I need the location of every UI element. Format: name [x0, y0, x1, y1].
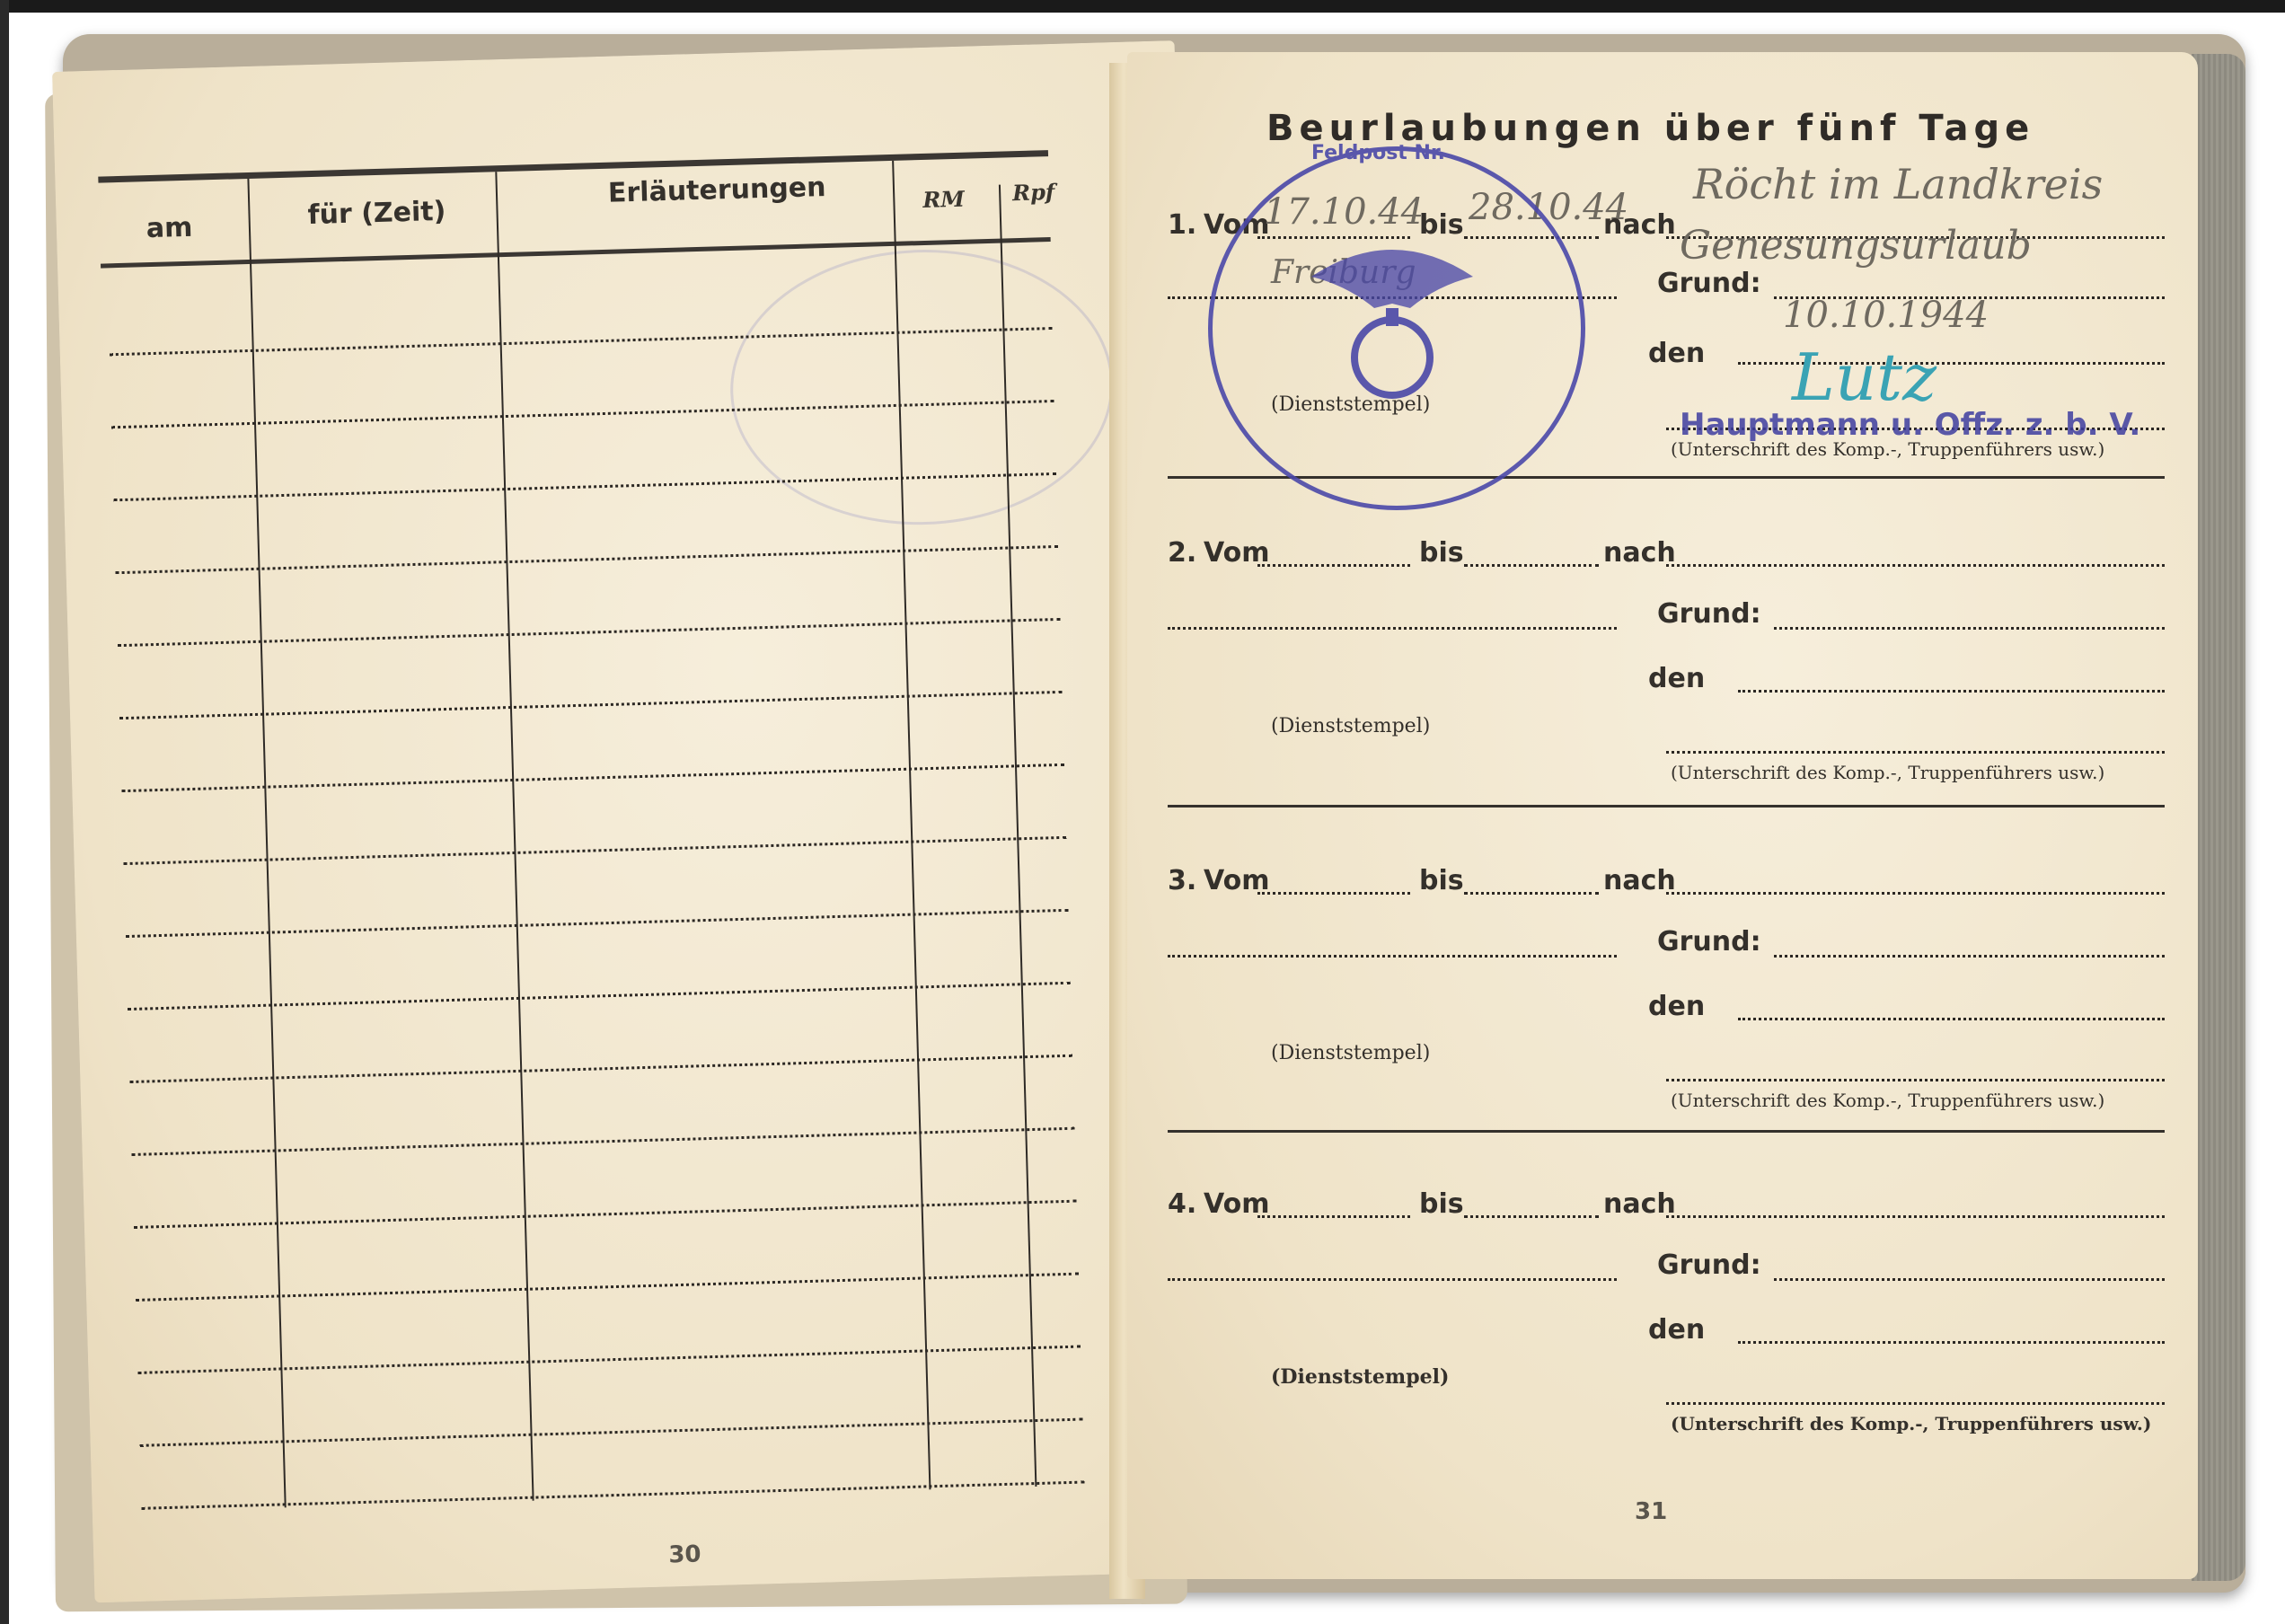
right-page: Beurlaubungen über fünf Tage 1. Vom 17.1…	[1127, 52, 2198, 1579]
bis-field[interactable]	[1464, 1215, 1599, 1218]
column-header-am: am	[146, 212, 192, 244]
page-number-right: 31	[1635, 1498, 1667, 1525]
entry-number: 4.	[1168, 1188, 1196, 1220]
bis-label: bis	[1419, 1188, 1464, 1220]
vom-field[interactable]	[1257, 892, 1410, 895]
signature-caption: (Unterschrift des Komp.-, Truppenführers…	[1671, 762, 2104, 783]
grund-label: Grund:	[1657, 926, 1761, 958]
stamp-top-text: Feldpost Nr.	[1311, 142, 1445, 164]
nach-label: nach	[1603, 209, 1676, 241]
signature-caption: (Unterschrift des Komp.-, Truppenführers…	[1671, 1090, 2104, 1111]
column-divider-am	[247, 179, 286, 1507]
grund-value: Genesungsurlaub	[1680, 223, 2032, 269]
den-field[interactable]	[1738, 690, 2165, 693]
grund-field[interactable]	[1774, 955, 2165, 958]
signature-field[interactable]	[1666, 1079, 2165, 1081]
column-divider-fuer	[495, 172, 534, 1500]
den-label: den	[1648, 338, 1705, 369]
bleed-through-stamp	[727, 244, 1116, 530]
column-header-rm: RM	[922, 186, 965, 213]
signature-value: Lutz	[1792, 340, 1937, 415]
section-separator	[1168, 1130, 2165, 1133]
grund-field[interactable]	[1774, 627, 2165, 630]
bis-field[interactable]	[1464, 892, 1599, 895]
den-value: 10.10.1944	[1783, 295, 1989, 336]
den-label: den	[1648, 663, 1705, 694]
grund-label: Grund:	[1657, 1249, 1761, 1281]
den-label: den	[1648, 1314, 1705, 1346]
scan-border-top	[0, 0, 2285, 13]
dienststempel-label: (Dienststempel)	[1271, 1365, 1449, 1389]
column-header-fuer-zeit: für (Zeit)	[307, 196, 446, 231]
nach-field[interactable]	[1666, 564, 2165, 567]
entry-number: 2.	[1168, 537, 1196, 569]
dienststempel-label: (Dienststempel)	[1271, 1042, 1430, 1064]
rank-stamp: Hauptmann u. Offz. z. b. V.	[1680, 407, 2140, 443]
vom-field[interactable]	[1257, 1215, 1410, 1218]
location-field[interactable]	[1168, 1278, 1617, 1281]
grund-field[interactable]	[1774, 1278, 2165, 1281]
nach-field[interactable]	[1666, 892, 2165, 895]
scan-border-left	[0, 0, 9, 1624]
den-field[interactable]	[1738, 1341, 2165, 1344]
official-stamp: Feldpost Nr.	[1208, 146, 1585, 510]
nach-label: nach	[1603, 537, 1676, 569]
dienststempel-label: (Dienststempel)	[1271, 715, 1430, 737]
booklet-cover-spine-edge	[2192, 54, 2245, 1581]
eagle-emblem-icon	[1302, 223, 1482, 411]
den-label: den	[1648, 991, 1705, 1022]
left-page: am für (Zeit) Erläuterungen RM Rpf 30	[52, 40, 1217, 1602]
page-number-left: 30	[668, 1540, 701, 1568]
column-header-erlaeuterungen: Erläuterungen	[608, 172, 826, 209]
entry-number: 1.	[1168, 209, 1196, 241]
signature-field[interactable]	[1666, 751, 2165, 754]
entry-number: 3.	[1168, 865, 1196, 896]
nach-label: nach	[1603, 865, 1676, 896]
bis-field[interactable]	[1464, 564, 1599, 567]
nach-label: nach	[1603, 1188, 1676, 1220]
signature-field[interactable]	[1666, 1402, 2165, 1405]
signature-caption: (Unterschrift des Komp.-, Truppenführers…	[1671, 1413, 2151, 1434]
location-field[interactable]	[1168, 627, 1617, 630]
section-separator	[1168, 805, 2165, 808]
nach-value: Röcht im Landkreis	[1693, 160, 2103, 208]
den-field[interactable]	[1738, 1018, 2165, 1020]
grund-label: Grund:	[1657, 598, 1761, 630]
nach-field[interactable]	[1666, 1215, 2165, 1218]
grund-label: Grund:	[1657, 268, 1761, 299]
bis-label: bis	[1419, 865, 1464, 896]
column-header-rpf: Rpf	[1012, 179, 1055, 206]
vom-field[interactable]	[1257, 564, 1410, 567]
location-field[interactable]	[1168, 955, 1617, 958]
bis-label: bis	[1419, 537, 1464, 569]
table-top-rule	[98, 150, 1048, 183]
